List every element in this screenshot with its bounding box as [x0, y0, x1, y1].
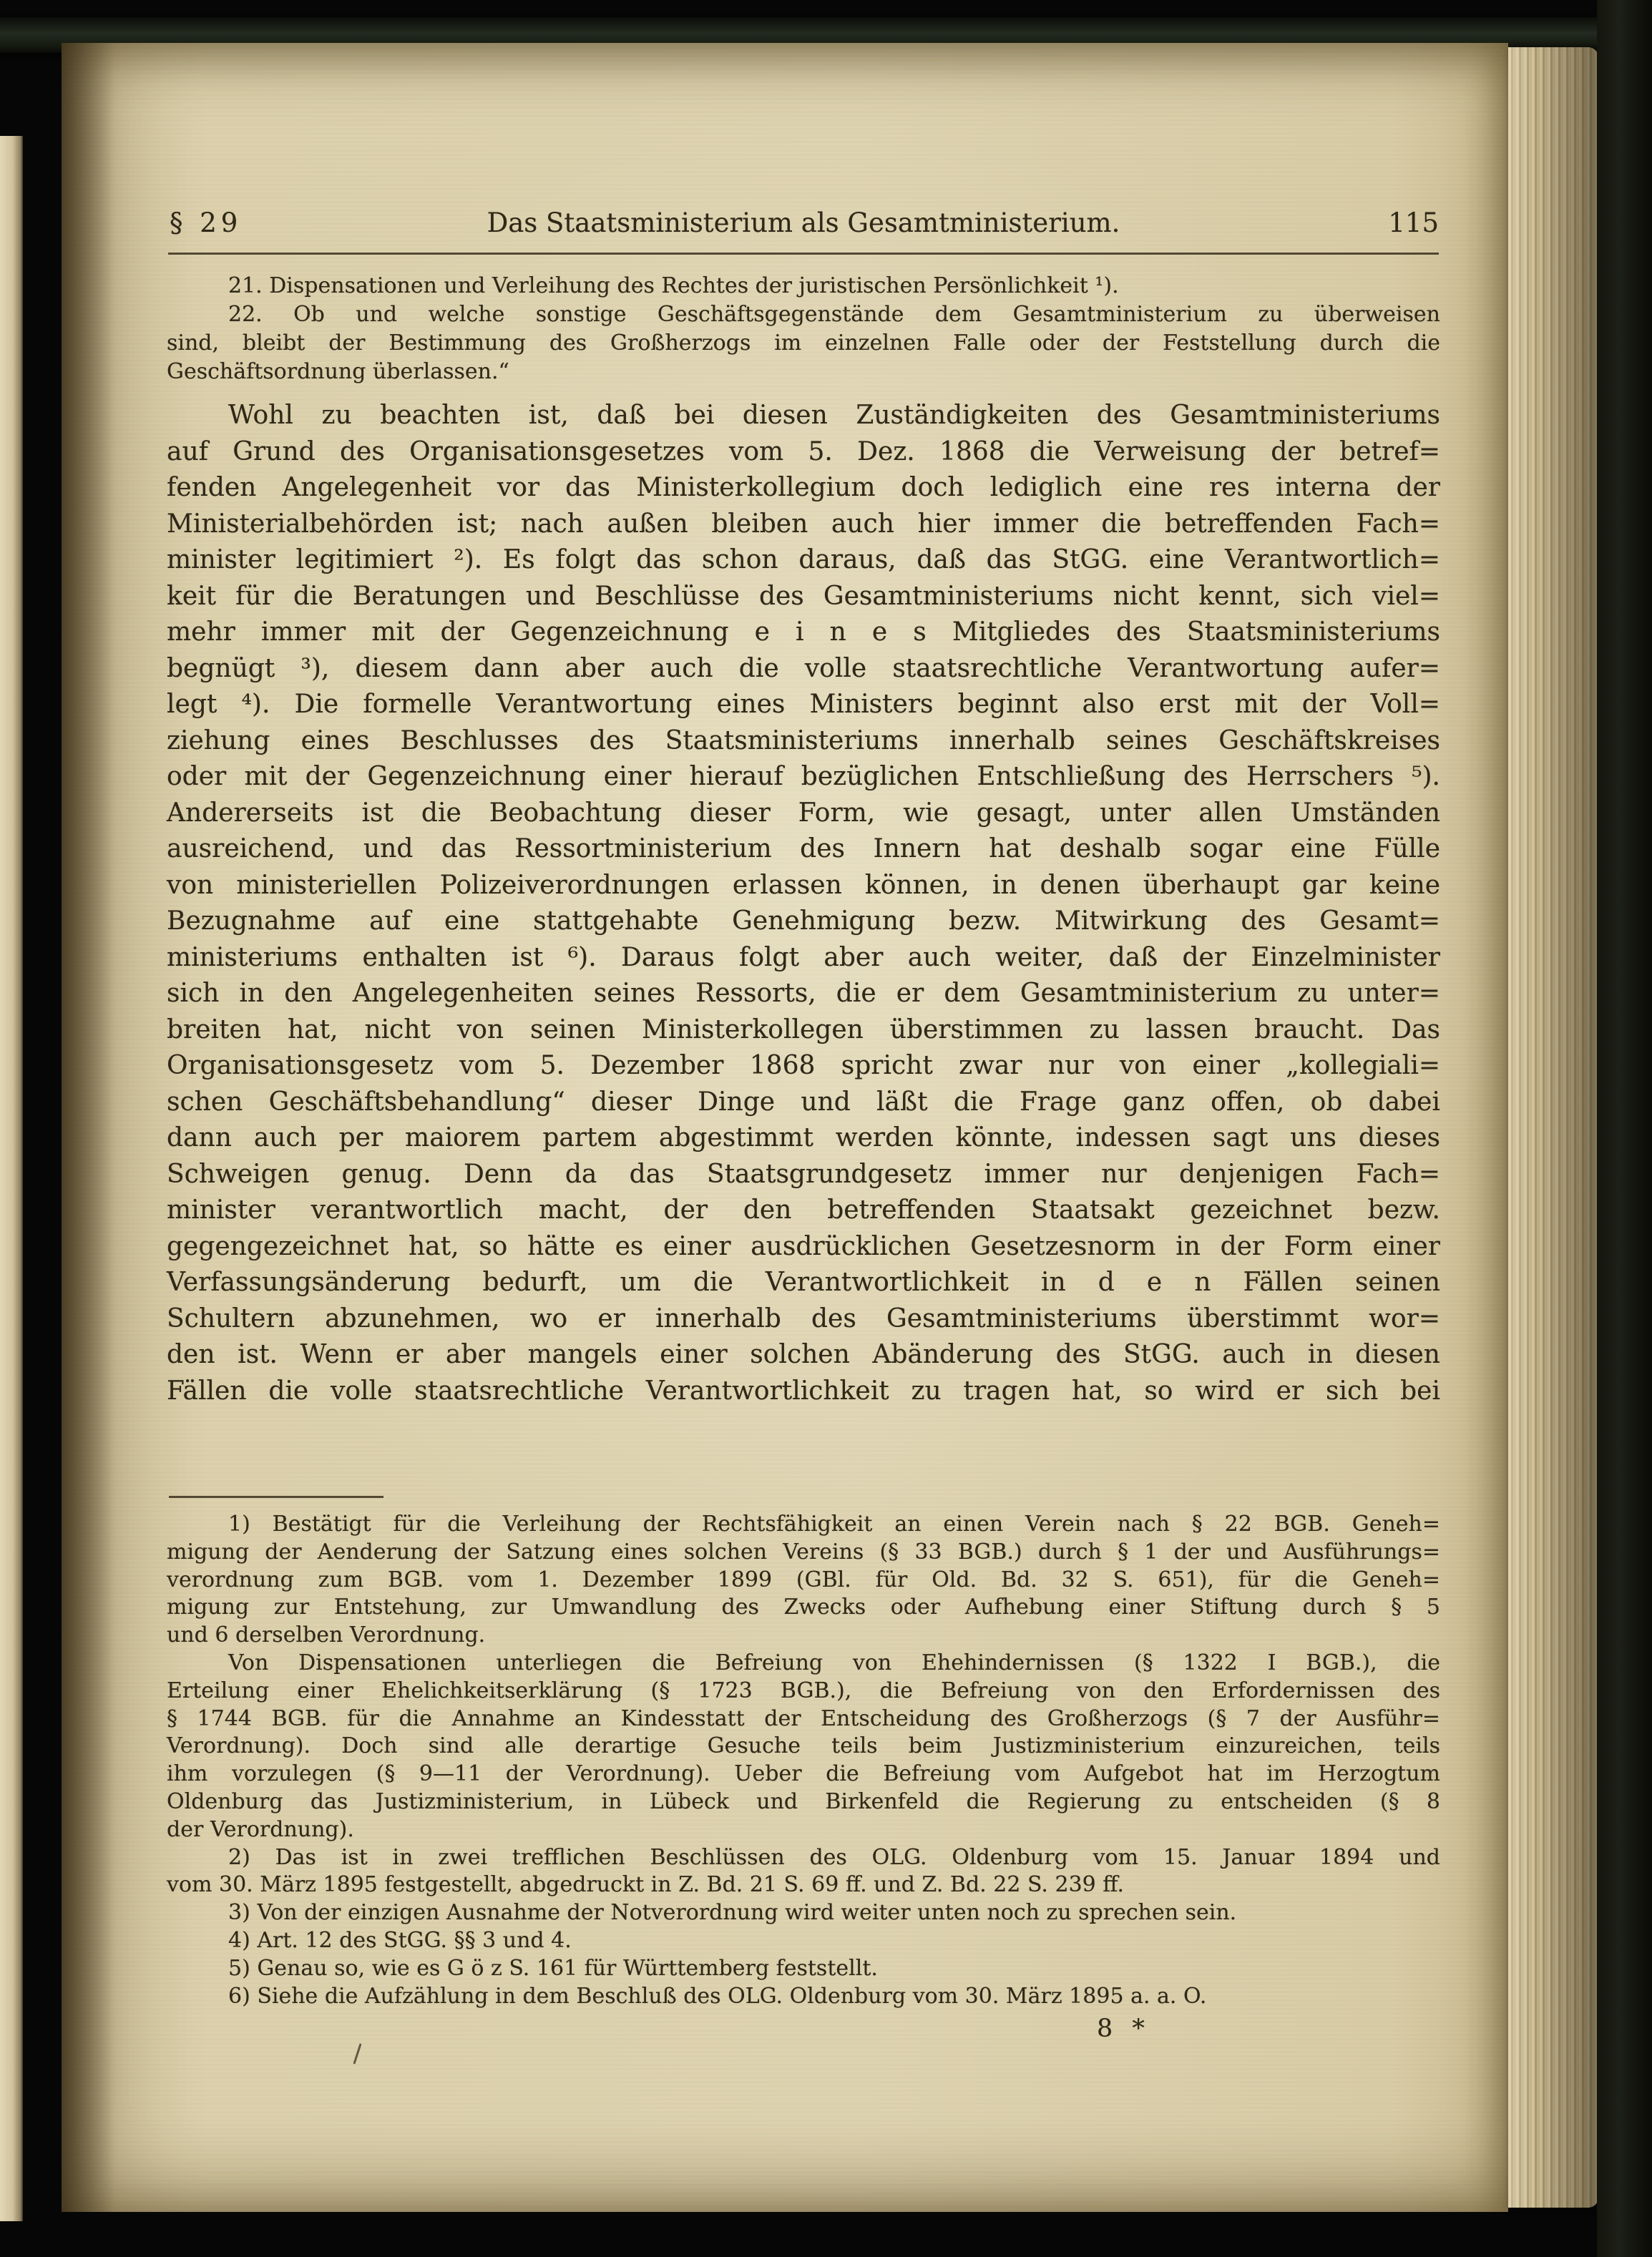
text-line: ministeriums enthalten ist ⁶). Daraus fo…	[167, 940, 1440, 976]
text-line: vom 30. März 1895 festgestellt, abgedruc…	[167, 1871, 1440, 1899]
text-line: 3) Von der einzigen Ausnahme der Notvero…	[167, 1899, 1440, 1927]
text-line: Fällen die volle staatsrechtliche Verant…	[167, 1374, 1440, 1410]
page-content: § 29 Das Staatsministerium als Gesamtmin…	[167, 0, 1440, 2257]
text-line: Oldenburg das Justizministerium, in Lübe…	[167, 1788, 1440, 1816]
text-line: sich in den Angelegenheiten seines Resso…	[167, 976, 1440, 1012]
text-line: 6) Siehe die Aufzählung in dem Beschluß …	[167, 1983, 1440, 2011]
text-line: schen Geschäftsbehandlung“ dieser Dinge …	[167, 1085, 1440, 1121]
text-line: § 1744 BGB. für die Annahme an Kindessta…	[167, 1705, 1440, 1733]
text-line: von ministeriellen Polizeiverordnungen e…	[167, 868, 1440, 904]
text-line: begnügt ³), diesem dann aber auch die vo…	[167, 651, 1440, 687]
gutter-shadow	[62, 43, 114, 2212]
text-line: gegengezeichnet hat, so hätte es einer a…	[167, 1229, 1440, 1265]
text-line: verordnung zum BGB. vom 1. Dezember 1899…	[167, 1567, 1440, 1595]
text-line: 2) Das ist in zwei trefflichen Beschlüss…	[167, 1844, 1440, 1872]
text-line: sind, bleibt der Bestimmung des Großherz…	[167, 329, 1440, 358]
page-header: § 29 Das Staatsministerium als Gesamtmin…	[167, 207, 1440, 249]
page-number: 115	[1388, 207, 1439, 238]
text-line: Erteilung einer Ehelichkeitserklärung (§…	[167, 1678, 1440, 1705]
text-line: Schweigen genug. Denn da das Staatsgrund…	[167, 1157, 1440, 1193]
text-line: ausreichend, und das Ressortministerium …	[167, 831, 1440, 868]
text-line: Verfassungsänderung bedurft, um die Vera…	[167, 1265, 1440, 1301]
text-line: 5) Genau so, wie es G ö z S. 161 für Wür…	[167, 1955, 1440, 1983]
text-line: Ministerialbehörden ist; nach außen blei…	[167, 506, 1440, 543]
facing-page-edge	[0, 136, 23, 2221]
text-line: auf Grund des Organisationsgesetzes vom …	[167, 434, 1440, 471]
text-line: ihm vorzulegen (§ 9—11 der Verordnung). …	[167, 1761, 1440, 1788]
main-paragraph-block: Wohl zu beachten ist, daß bei diesen Zus…	[167, 398, 1440, 1409]
text-line: Schultern abzunehmen, wo er innerhalb de…	[167, 1301, 1440, 1338]
text-line: oder mit der Gegenzeichnung einer hierau…	[167, 759, 1440, 795]
quoted-enumeration-block: 21. Dispensationen und Verleihung des Re…	[167, 272, 1440, 386]
text-line: legt ⁴). Die formelle Verantwortung eine…	[167, 687, 1440, 723]
signature-mark: 8 *	[1097, 2014, 1150, 2043]
text-line: 4) Art. 12 des StGG. §§ 3 und 4.	[167, 1927, 1440, 1955]
text-line: ziehung eines Beschlusses des Staatsmini…	[167, 723, 1440, 760]
scanned-book-photo: § 29 Das Staatsministerium als Gesamtmin…	[0, 0, 1652, 2257]
text-line: minister verantwortlich macht, der den b…	[167, 1193, 1440, 1229]
text-line: Andererseits ist die Beobachtung dieser …	[167, 795, 1440, 832]
header-rule	[168, 253, 1439, 255]
text-line: fenden Angelegenheit vor das Ministerkol…	[167, 470, 1440, 506]
text-line: mehr immer mit der Gegenzeichnung e i n …	[167, 615, 1440, 651]
text-line: 22. Ob und welche sonstige Geschäftsgege…	[167, 300, 1440, 329]
text-line: dann auch per maiorem partem abgestimmt …	[167, 1120, 1440, 1157]
text-line: Geschäftsordnung überlassen.“	[167, 358, 1440, 386]
text-line: Von Dispensationen unterliegen die Befre…	[167, 1650, 1440, 1678]
footnote-separator-rule	[169, 1496, 383, 1498]
book-cover-right-edge	[1597, 0, 1652, 2257]
text-line: und 6 derselben Verordnung.	[167, 1622, 1440, 1650]
text-line: Wohl zu beachten ist, daß bei diesen Zus…	[167, 398, 1440, 434]
text-line: breiten hat, nicht von seinen Ministerko…	[167, 1012, 1440, 1049]
text-line: 21. Dispensationen und Verleihung des Re…	[167, 272, 1440, 300]
text-line: 1) Bestätigt für die Verleihung der Rech…	[167, 1511, 1440, 1539]
text-line: Bezugnahme auf eine stattgehabte Genehmi…	[167, 904, 1440, 940]
footnotes-block: 1) Bestätigt für die Verleihung der Rech…	[167, 1511, 1440, 2010]
text-line: Verordnung). Doch sind alle derartige Ge…	[167, 1733, 1440, 1761]
running-title: Das Staatsministerium als Gesamtminister…	[167, 207, 1440, 238]
text-line: migung der Aenderung der Satzung eines s…	[167, 1539, 1440, 1567]
text-line: migung zur Entstehung, zur Umwandlung de…	[167, 1594, 1440, 1622]
text-line: keit für die Beratungen und Beschlüsse d…	[167, 579, 1440, 615]
page-stack-fore-edge	[1508, 47, 1598, 2208]
text-line: minister legitimiert ²). Es folgt das sc…	[167, 542, 1440, 579]
text-line: der Verordnung).	[167, 1816, 1440, 1844]
text-line: den ist. Wenn er aber mangels einer solc…	[167, 1337, 1440, 1374]
text-line: Organisationsgesetz vom 5. Dezember 1868…	[167, 1048, 1440, 1085]
